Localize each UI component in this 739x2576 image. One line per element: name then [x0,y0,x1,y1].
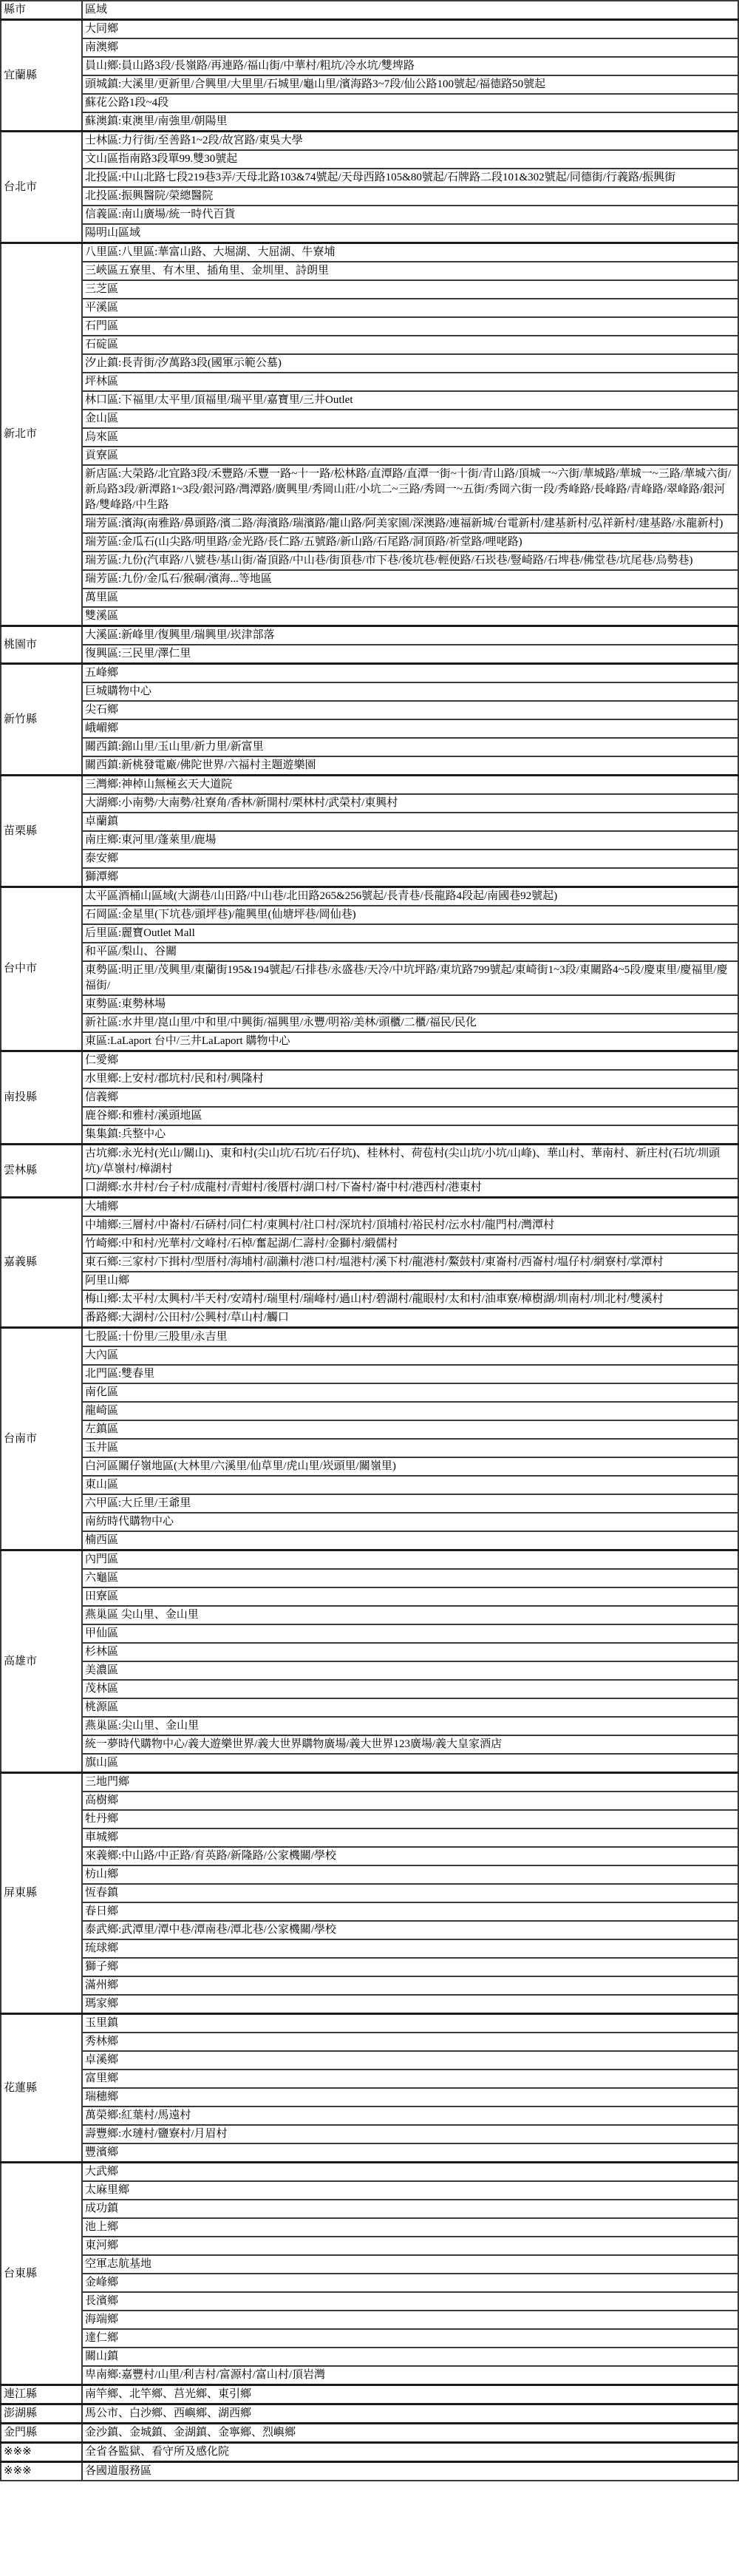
table-row: 東勢區:東勢林場 [1,995,738,1014]
area-cell: 獅子鄉 [82,1958,738,1976]
table-row: 秀林鄉 [1,2033,738,2051]
table-row: 長濱鄉 [1,2292,738,2311]
table-row: 水里鄉:上安村/郡坑村/民和村/興隆村 [1,1070,738,1088]
area-cell: 貢寮區 [82,447,738,465]
table-row: 中埔鄉:三層村/中崙村/石硦村/同仁村/東興村/社口村/深坑村/頂埔村/裕民村/… [1,1216,738,1235]
table-row: 澎湖縣馬公市、白沙鄉、西嶼鄉、湖西鄉 [1,2404,738,2424]
area-cell: 東區:LaLaport 台中/三井LaLaport 購物中心 [82,1032,738,1051]
area-cell: 巨城購物中心 [82,682,738,701]
table-row: 車城鄉 [1,1828,738,1847]
table-row: 東山區 [1,1476,738,1494]
table-row: 關西鎮:新桃發電廠/佛陀世界/六福村主題遊樂園 [1,756,738,776]
table-row: 桃源區 [1,1698,738,1717]
area-cell: 信義區:南山廣場/統一時代百貨 [82,206,738,224]
table-row: 桃園市大溪區:新峰里/復興里/瑞興里/崁津部落 [1,626,738,645]
table-row: 瑞芳區:九份/金瓜石/猴硐/濱海...等地區 [1,570,738,589]
area-cell: 東勢區:東勢林場 [82,995,738,1014]
table-row: 金山區 [1,410,738,428]
area-cell: 瑞芳區:金瓜石(山尖路/明里路/金光路/長仁路/五號路/新山路/石尾路/洞頂路/… [82,533,738,552]
area-cell: 空軍志航基地 [82,2255,738,2274]
table-row: 石門區 [1,317,738,336]
area-cell: 萬里區 [82,589,738,607]
table-row: 瑞芳區:金瓜石(山尖路/明里路/金光路/長仁路/五號路/新山路/石尾路/洞頂路/… [1,533,738,552]
area-cell: 楠西區 [82,1531,738,1550]
table-row: 豐濱鄉 [1,2143,738,2163]
area-cell: 大湖鄉:小南勢/大南勢/社寮角/香林/新開村/栗林村/武榮村/東興村 [82,794,738,813]
table-row: 汐止鎮:長青街/汐萬路3段(國軍示範公墓) [1,354,738,373]
table-row: 台中市太平區酒桶山區域(大湖巷/山田路/中山巷/北田路265&256號起/長青巷… [1,887,738,906]
table-row: 枋山鄉 [1,1865,738,1884]
table-row: 北投區:振興醫院/榮總醫院 [1,187,738,206]
table-row: 楠西區 [1,1531,738,1550]
area-cell: 南澳鄉 [82,38,738,57]
table-row: 大湖鄉:小南勢/大南勢/社寮角/香林/新開村/栗林村/武榮村/東興村 [1,794,738,813]
area-cell: 旗山區 [82,1754,738,1773]
table-row: 烏來區 [1,428,738,447]
table-row: 左鎮區 [1,1420,738,1439]
table-row: 卓溪鄉 [1,2051,738,2070]
area-cell: 三灣鄉:神棹山無極玄天大道院 [82,776,738,795]
table-row: 北投區:中山北路七段219巷3弄/天母北路103&74號起/天母西路105&80… [1,169,738,187]
table-row: 雲林縣古坑鄉:永光村(光山/關山)、東和村(尖山坑/石坑/石仔坑)、桂林村、荷苞… [1,1145,738,1179]
area-cell: 琉球鄉 [82,1939,738,1958]
area-cell: 南庄鄉:東河里/蓬萊里/鹿場 [82,831,738,850]
table-row: 南庄鄉:東河里/蓬萊里/鹿場 [1,831,738,850]
table-row: 獅子鄉 [1,1958,738,1976]
area-cell: 豐濱鄉 [82,2143,738,2163]
table-row: 南投縣仁愛鄉 [1,1051,738,1071]
table-row: 林口區:下福里/太平里/頂福里/瑞平里/嘉寶里/三井Outlet [1,391,738,410]
area-cell: 東石鄉:三家村/下揖村/型厝村/海埔村/副瀨村/港口村/塭港村/溪下村/龍港村/… [82,1253,738,1272]
table-row: 太麻里鄉 [1,2181,738,2200]
area-cell: 士林區:力行街/至善路1~2段/故宮路/東吳大學 [82,132,738,151]
area-cell: 南紡時代購物中心 [82,1513,738,1531]
table-row: 杉林區 [1,1643,738,1661]
area-cell: 太平區酒桶山區域(大湖巷/山田路/中山巷/北田路265&256號起/長青巷/長龍… [82,887,738,906]
table-row: 雙溪區 [1,607,738,626]
table-row: 來義鄉:中山路/中正路/育英路/新隆路/公家機關/學校 [1,1847,738,1865]
area-cell: 石門區 [82,317,738,336]
area-cell: 達仁鄉 [82,2329,738,2348]
area-cell: 茂林區 [82,1680,738,1698]
table-row: 成功鎮 [1,2200,738,2218]
table-row: 瑞穗鄉 [1,2088,738,2106]
table-row: 瑞芳區:濱海(南雅路/鼻頭路/濱二路/海濱路/瑞濱路/籠山路/阿美家園/深澳路/… [1,515,738,533]
area-cell: 左鎮區 [82,1420,738,1439]
area-cell: 壽豐鄉:水璉村/鹽寮村/月眉村 [82,2125,738,2143]
table-row: 萬榮鄉:紅葉村/馬遠村 [1,2106,738,2125]
county-cell: 台東縣 [1,2163,82,2385]
area-cell: 平溪區 [82,299,738,317]
table-row: 琉球鄉 [1,1939,738,1958]
area-cell: 金沙鎮、金城鎮、金湖鎮、金寧鄉、烈嶼鄉 [82,2424,738,2443]
county-cell: 南投縣 [1,1051,82,1145]
area-cell: 集集鎮:兵整中心 [82,1125,738,1145]
table-row: 信義區:南山廣場/統一時代百貨 [1,206,738,224]
county-column-header: 縣市 [1,1,82,20]
area-cell: 水里鄉:上安村/郡坑村/民和村/興隆村 [82,1070,738,1088]
area-cell: 卓蘭鎮 [82,813,738,831]
area-cell: 汐止鎮:長青街/汐萬路3段(國軍示範公墓) [82,354,738,373]
county-region-table: 縣市 區域 宜蘭縣大同鄉南澳鄉員山鄉:員山路3段/長嶺路/再連路/福山街/中華村… [0,0,739,2481]
table-row: 金峰鄉 [1,2274,738,2292]
table-row: 滿州鄉 [1,1976,738,1995]
table-row: 六龜區 [1,1569,738,1587]
area-cell: 烏來區 [82,428,738,447]
area-cell: 和平區/梨山、谷關 [82,943,738,961]
table-row: 新北市八里區:八里區:華富山路、大堀湖、大屈湖、牛寮埔 [1,243,738,262]
area-cell: 關西鎮:錦山里/玉山里/新力里/新富里 [82,738,738,756]
county-cell: 澎湖縣 [1,2404,82,2424]
area-cell: 復興區:三民里/澤仁里 [82,645,738,664]
area-cell: 竹崎鄉:中和村/光華村/文峰村/石棹/奮起湖/仁壽村/金獅村/緞儒村 [82,1235,738,1253]
area-cell: 三地門鄉 [82,1773,738,1792]
table-row: 池上鄉 [1,2218,738,2237]
table-row: ※※※全省各監獄、看守所及感化院 [1,2443,738,2462]
table-row: 關西鎮:錦山里/玉山里/新力里/新富里 [1,738,738,756]
area-cell: 陽明山區域 [82,224,738,243]
area-cell: 林口區:下福里/太平里/頂福里/瑞平里/嘉寶里/三井Outlet [82,391,738,410]
area-cell: 頭城鎮:大溪里/更新里/合興里/大里里/石城里/龜山里/濱海路3~7段/仙公路1… [82,75,738,94]
area-cell: 玉井區 [82,1439,738,1457]
area-cell: 后里區:麗寶Outlet Mall [82,924,738,943]
area-cell: 峨嵋鄉 [82,719,738,738]
county-cell: 高雄市 [1,1550,82,1773]
county-cell: 新竹縣 [1,664,82,776]
table-row: 蘇花公路1段~4段 [1,94,738,112]
table-row: 瑞芳區:九份(汽車路/八號巷/基山街/崙頂路/中山巷/街頂巷/市下巷/後坑巷/輕… [1,552,738,570]
table-row: 坪林區 [1,373,738,391]
area-cell: 甲仙區 [82,1624,738,1643]
area-cell: 東山區 [82,1476,738,1494]
area-cell: 文山區指南路3段單99.雙30號起 [82,150,738,169]
region-column-header: 區域 [82,1,738,20]
area-cell: 六龜區 [82,1569,738,1587]
area-cell: 富里鄉 [82,2070,738,2088]
area-cell: 萬榮鄉:紅葉村/馬遠村 [82,2106,738,2125]
area-cell: 卓溪鄉 [82,2051,738,2070]
area-cell: 太麻里鄉 [82,2181,738,2200]
area-cell: 金峰鄉 [82,2274,738,2292]
table-row: 頭城鎮:大溪里/更新里/合興里/大里里/石城里/龜山里/濱海路3~7段/仙公路1… [1,75,738,94]
table-row: 統一夢時代購物中心/義大遊樂世界/義大世界購物廣場/義大世界123廣場/義大皇家… [1,1735,738,1754]
table-row: 阿里山鄉 [1,1272,738,1290]
table-row: 連江縣南竿鄉、北竿鄉、莒光鄉、東引鄉 [1,2385,738,2404]
county-cell: 屏東縣 [1,1773,82,2014]
area-cell: 全省各監獄、看守所及感化院 [82,2443,738,2462]
area-cell: 泰安鄉 [82,850,738,868]
area-cell: 統一夢時代購物中心/義大遊樂世界/義大世界購物廣場/義大世界123廣場/義大皇家… [82,1735,738,1754]
area-cell: 石碇區 [82,336,738,354]
area-cell: 泰武鄉:武潭里/潭中巷/潭南巷/潭北巷/公家機關/學校 [82,1921,738,1939]
table-row: 春日鄉 [1,1902,738,1921]
table-row: 后里區:麗寶Outlet Mall [1,924,738,943]
area-cell: 杉林區 [82,1643,738,1661]
table-row: 貢寮區 [1,447,738,465]
area-cell: 獅潭鄉 [82,868,738,887]
county-cell: 桃園市 [1,626,82,664]
table-row: 卓蘭鎮 [1,813,738,831]
table-row: 信義鄉 [1,1088,738,1107]
area-cell: 秀林鄉 [82,2033,738,2051]
table-row: 峨嵋鄉 [1,719,738,738]
area-cell: 南化區 [82,1383,738,1402]
area-cell: 春日鄉 [82,1902,738,1921]
area-cell: 古坑鄉:永光村(光山/關山)、東和村(尖山坑/石坑/石仔坑)、桂林村、荷苞村(尖… [82,1145,738,1179]
area-cell: 員山鄉:員山路3段/長嶺路/再連路/福山街/中華村/粗坑/冷水坑/雙埤路 [82,57,738,75]
county-cell: 雲林縣 [1,1145,82,1198]
area-cell: 雙溪區 [82,607,738,626]
area-cell: 內門區 [82,1550,738,1570]
table-row: 屏東縣三地門鄉 [1,1773,738,1792]
table-row: 新竹縣五峰鄉 [1,664,738,683]
area-cell: 七股區:十份里/三股里/永吉里 [82,1328,738,1347]
table-row: 尖石鄉 [1,701,738,719]
table-row: 東區:LaLaport 台中/三井LaLaport 購物中心 [1,1032,738,1051]
table-row: 蘇澳鎮:東澳里/南強里/朝陽里 [1,112,738,132]
area-cell: 滿州鄉 [82,1976,738,1995]
area-cell: 瑞穗鄉 [82,2088,738,2106]
table-row: 南化區 [1,1383,738,1402]
table-row: 東勢區:明正里/茂興里/東蘭街195&194號起/石排巷/永盛巷/天冷/中坑坪路… [1,961,738,995]
area-cell: 信義鄉 [82,1088,738,1107]
county-cell: 苗栗縣 [1,776,82,887]
area-cell: 金山區 [82,410,738,428]
table-row: 石碇區 [1,336,738,354]
area-cell: 中埔鄉:三層村/中崙村/石硦村/同仁村/東興村/社口村/深坑村/頂埔村/裕民村/… [82,1216,738,1235]
area-cell: 關山鎮 [82,2348,738,2366]
area-cell: 番路鄉:大湖村/公田村/公興村/草山村/觸口 [82,1309,738,1328]
area-cell: 五峰鄉 [82,664,738,683]
table-row: 燕巢區 尖山里、金山里 [1,1606,738,1624]
table-row: 番路鄉:大湖村/公田村/公興村/草山村/觸口 [1,1309,738,1328]
area-cell: 瑪家鄉 [82,1995,738,2014]
area-cell: 大溪區:新峰里/復興里/瑞興里/崁津部落 [82,626,738,645]
table-row: 泰武鄉:武潭里/潭中巷/潭南巷/潭北巷/公家機關/學校 [1,1921,738,1939]
county-cell: 新北市 [1,243,82,626]
table-row: 富里鄉 [1,2070,738,2088]
table-row: 泰安鄉 [1,850,738,868]
area-cell: 北門區:雙春里 [82,1365,738,1383]
area-cell: 美濃區 [82,1661,738,1680]
area-cell: 長濱鄉 [82,2292,738,2311]
table-row: 口湖鄉:水井村/台子村/成龍村/青蚶村/後厝村/湖口村/下崙村/崙中村/港西村/… [1,1179,738,1198]
table-row: 關山鎮 [1,2348,738,2366]
table-row: 美濃區 [1,1661,738,1680]
area-cell: 田寮區 [82,1587,738,1606]
area-cell: 蘇澳鎮:東澳里/南強里/朝陽里 [82,112,738,132]
table-row: 高雄市內門區 [1,1550,738,1570]
area-cell: 來義鄉:中山路/中正路/育英路/新隆路/公家機關/學校 [82,1847,738,1865]
area-cell: 牡丹鄉 [82,1810,738,1828]
area-cell: 東勢區:明正里/茂興里/東蘭街195&194號起/石排巷/永盛巷/天冷/中坑坪路… [82,961,738,995]
table-row: 卑南鄉:嘉豐村/山里/利吉村/富源村/富山村/頂岩灣 [1,2366,738,2385]
table-row: 三芝區 [1,280,738,299]
area-cell: 石岡區:金星里(下坑巷/頭坪巷)/龍興里(仙塘坪巷/岡仙巷) [82,906,738,924]
table-row: 集集鎮:兵整中心 [1,1125,738,1145]
table-row: 台北市士林區:力行街/至善路1~2段/故宮路/東吳大學 [1,132,738,151]
table-row: 達仁鄉 [1,2329,738,2348]
table-row: 海端鄉 [1,2311,738,2329]
table-row: 平溪區 [1,299,738,317]
area-cell: 玉里鎮 [82,2014,738,2033]
area-cell: 桃源區 [82,1698,738,1717]
table-row: 三峽區五寮里、有木里、插角里、金圳里、詩朗里 [1,262,738,280]
table-row: 台南市七股區:十份里/三股里/永吉里 [1,1328,738,1347]
area-cell: 瑞芳區:九份(汽車路/八號巷/基山街/崙頂路/中山巷/街頂巷/市下巷/後坑巷/輕… [82,552,738,570]
table-row: 南澳鄉 [1,38,738,57]
table-row: 萬里區 [1,589,738,607]
table-row: 瑪家鄉 [1,1995,738,2014]
area-cell: 關西鎮:新桃發電廠/佛陀世界/六福村主題遊樂園 [82,756,738,776]
area-cell: 三峽區五寮里、有木里、插角里、金圳里、詩朗里 [82,262,738,280]
table-row: 陽明山區域 [1,224,738,243]
area-cell: 北投區:振興醫院/榮總醫院 [82,187,738,206]
table-row: 燕巢區:尖山里、金山里 [1,1717,738,1735]
table-row: 宜蘭縣大同鄉 [1,20,738,39]
table-row: 龍崎區 [1,1402,738,1420]
table-row: 嘉義縣大埔鄉 [1,1198,738,1217]
table-row: 恆春鎮 [1,1884,738,1902]
table-row: 員山鄉:員山路3段/長嶺路/再連路/福山街/中華村/粗坑/冷水坑/雙埤路 [1,57,738,75]
county-cell: 嘉義縣 [1,1198,82,1328]
area-cell: 燕巢區:尖山里、金山里 [82,1717,738,1735]
area-cell: 大同鄉 [82,20,738,39]
table-row: 金門縣金沙鎮、金城鎮、金湖鎮、金寧鄉、烈嶼鄉 [1,2424,738,2443]
county-cell: ※※※ [1,2443,82,2462]
table-row: 旗山區 [1,1754,738,1773]
table-row: 南紡時代購物中心 [1,1513,738,1531]
table-row: 巨城購物中心 [1,682,738,701]
table-row: 大內區 [1,1346,738,1365]
table-row: 六甲區:大丘里/王爺里 [1,1494,738,1513]
area-cell: 鹿谷鄉:和雅村/溪頭地區 [82,1107,738,1125]
area-cell: 池上鄉 [82,2218,738,2237]
county-cell: 宜蘭縣 [1,20,82,132]
table-row: 新社區:水井里/崑山里/中和里/中興街/福興里/永豐/明裕/美林/頭櫃/二櫃/福… [1,1014,738,1032]
county-cell: 台南市 [1,1328,82,1550]
table-row: 東河鄉 [1,2237,738,2255]
table-row: 玉井區 [1,1439,738,1457]
header-row: 縣市 區域 [1,1,738,20]
county-cell: 金門縣 [1,2424,82,2443]
area-cell: 北投區:中山北路七段219巷3弄/天母北路103&74號起/天母西路105&80… [82,169,738,187]
area-cell: 阿里山鄉 [82,1272,738,1290]
area-cell: 瑞芳區:濱海(南雅路/鼻頭路/濱二路/海濱路/瑞濱路/籠山路/阿美家園/深澳路/… [82,515,738,533]
area-cell: 梅山鄉:太平村/太興村/半天村/安靖村/瑞里村/瑞峰村/過山村/碧湖村/龍眼村/… [82,1290,738,1309]
table-row: 獅潭鄉 [1,868,738,887]
county-cell: 花蓮縣 [1,2014,82,2163]
area-cell: 高樹鄉 [82,1792,738,1810]
table-row: 和平區/梨山、谷關 [1,943,738,961]
table-row: 新店區:大榮路/北宜路3段/禾豐路/禾豐一路~十一路/松林路/直潭路/直潭一街~… [1,465,738,515]
area-cell: 蘇花公路1段~4段 [82,94,738,112]
table-row: 鹿谷鄉:和雅村/溪頭地區 [1,1107,738,1125]
area-cell: 坪林區 [82,373,738,391]
table-body: 宜蘭縣大同鄉南澳鄉員山鄉:員山路3段/長嶺路/再連路/福山街/中華村/粗坑/冷水… [1,20,738,2481]
area-cell: 大埔鄉 [82,1198,738,1217]
table-row: 花蓮縣玉里鎮 [1,2014,738,2033]
area-cell: 尖石鄉 [82,701,738,719]
area-cell: 各國道服務區 [82,2462,738,2481]
area-cell: 大武鄉 [82,2163,738,2182]
table-row: 牡丹鄉 [1,1810,738,1828]
table-row: 白河區關仔嶺地區(大林里/六溪里/仙草里/虎山里/崁頭里/關嶺里) [1,1457,738,1476]
area-cell: 馬公市、白沙鄉、西嶼鄉、湖西鄉 [82,2404,738,2424]
table-row: 梅山鄉:太平村/太興村/半天村/安靖村/瑞里村/瑞峰村/過山村/碧湖村/龍眼村/… [1,1290,738,1309]
area-cell: 海端鄉 [82,2311,738,2329]
table-row: 甲仙區 [1,1624,738,1643]
table-row: 田寮區 [1,1587,738,1606]
area-cell: 白河區關仔嶺地區(大林里/六溪里/仙草里/虎山里/崁頭里/關嶺里) [82,1457,738,1476]
county-cell: 連江縣 [1,2385,82,2404]
area-cell: 南竿鄉、北竿鄉、莒光鄉、東引鄉 [82,2385,738,2404]
area-cell: 六甲區:大丘里/王爺里 [82,1494,738,1513]
table-row: 東石鄉:三家村/下揖村/型厝村/海埔村/副瀨村/港口村/塭港村/溪下村/龍港村/… [1,1253,738,1272]
area-cell: 枋山鄉 [82,1865,738,1884]
area-cell: 三芝區 [82,280,738,299]
area-cell: 口湖鄉:水井村/台子村/成龍村/青蚶村/後厝村/湖口村/下崙村/崙中村/港西村/… [82,1179,738,1198]
area-cell: 卑南鄉:嘉豐村/山里/利吉村/富源村/富山村/頂岩灣 [82,2366,738,2385]
table-row: 復興區:三民里/澤仁里 [1,645,738,664]
area-cell: 八里區:八里區:華富山路、大堀湖、大屈湖、牛寮埔 [82,243,738,262]
area-cell: 仁愛鄉 [82,1051,738,1071]
area-cell: 新店區:大榮路/北宜路3段/禾豐路/禾豐一路~十一路/松林路/直潭路/直潭一街~… [82,465,738,515]
table-row: 台東縣大武鄉 [1,2163,738,2182]
table-row: 空軍志航基地 [1,2255,738,2274]
area-cell: 大內區 [82,1346,738,1365]
table-row: 苗栗縣三灣鄉:神棹山無極玄天大道院 [1,776,738,795]
table-row: 文山區指南路3段單99.雙30號起 [1,150,738,169]
table-row: 竹崎鄉:中和村/光華村/文峰村/石棹/奮起湖/仁壽村/金獅村/緞儒村 [1,1235,738,1253]
county-cell: 台北市 [1,132,82,243]
table-row: 茂林區 [1,1680,738,1698]
area-cell: 恆春鎮 [82,1884,738,1902]
area-cell: 車城鄉 [82,1828,738,1847]
area-cell: 龍崎區 [82,1402,738,1420]
table-row: 石岡區:金星里(下坑巷/頭坪巷)/龍興里(仙塘坪巷/岡仙巷) [1,906,738,924]
area-cell: 新社區:水井里/崑山里/中和里/中興街/福興里/永豐/明裕/美林/頭櫃/二櫃/福… [82,1014,738,1032]
area-cell: 東河鄉 [82,2237,738,2255]
table-row: ※※※各國道服務區 [1,2462,738,2481]
county-cell: 台中市 [1,887,82,1051]
area-cell: 瑞芳區:九份/金瓜石/猴硐/濱海...等地區 [82,570,738,589]
table-row: 高樹鄉 [1,1792,738,1810]
table-row: 壽豐鄉:水璉村/鹽寮村/月眉村 [1,2125,738,2143]
county-cell: ※※※ [1,2462,82,2481]
area-cell: 燕巢區 尖山里、金山里 [82,1606,738,1624]
area-cell: 成功鎮 [82,2200,738,2218]
table-row: 北門區:雙春里 [1,1365,738,1383]
